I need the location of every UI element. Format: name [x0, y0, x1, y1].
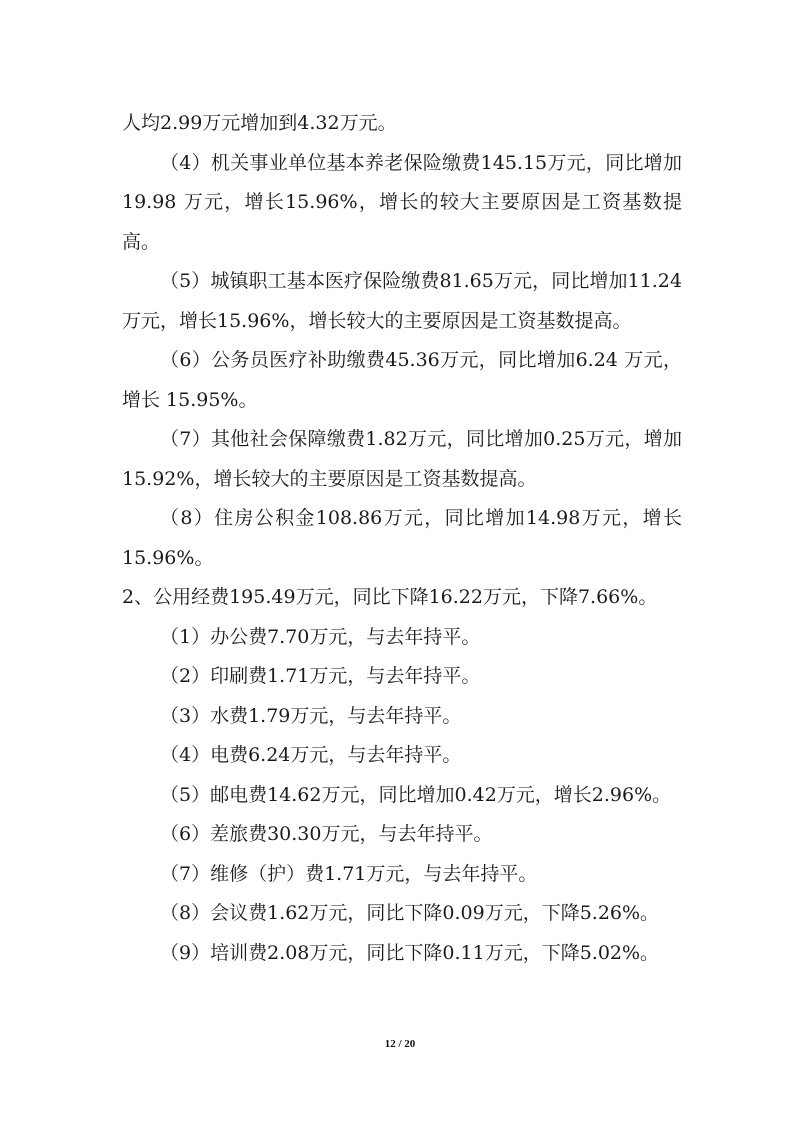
paragraph-other-social-security: （7）其他社会保障缴费1.82万元，同比增加0.25万元，增加15.92%，增长… [122, 420, 682, 499]
heading-public-expenses: 2、公用经费195.49万元，同比下降16.22万元，下降7.66%。 [122, 578, 682, 618]
page-number: 12 / 20 [0, 1038, 800, 1050]
paragraph-pension-insurance: （4）机关事业单位基本养老保险缴费145.15万元，同比增加19.98 万元，增… [122, 144, 682, 263]
item-electricity-expenses: （4）电费6.24万元，与去年持平。 [122, 736, 682, 776]
paragraph-per-capita: 人均2.99万元增加到4.32万元。 [122, 104, 682, 144]
paragraph-medical-insurance: （5）城镇职工基本医疗保险缴费81.65万元，同比增加11.24万元，增长15.… [122, 262, 682, 341]
item-printing-expenses: （2）印刷费1.71万元，与去年持平。 [122, 657, 682, 697]
item-postal-telecom-expenses: （5）邮电费14.62万元，同比增加0.42万元，增长2.96%。 [122, 776, 682, 816]
paragraph-civil-servant-medical: （6）公务员医疗补助缴费45.36万元，同比增加6.24 万元，增长 15.95… [122, 341, 682, 420]
document-body: 人均2.99万元增加到4.32万元。 （4）机关事业单位基本养老保险缴费145.… [122, 104, 682, 973]
item-maintenance-expenses: （7）维修（护）费1.71万元，与去年持平。 [122, 855, 682, 895]
paragraph-housing-fund: （8）住房公积金108.86万元，同比增加14.98万元，增长 15.96%。 [122, 499, 682, 578]
item-water-expenses: （3）水费1.79万元，与去年持平。 [122, 697, 682, 737]
item-travel-expenses: （6）差旅费30.30万元，与去年持平。 [122, 815, 682, 855]
item-meeting-expenses: （8）会议费1.62万元，同比下降0.09万元，下降5.26%。 [122, 894, 682, 934]
item-training-expenses: （9）培训费2.08万元，同比下降0.11万元，下降5.02%。 [122, 934, 682, 974]
item-office-expenses: （1）办公费7.70万元，与去年持平。 [122, 618, 682, 658]
document-page: 人均2.99万元增加到4.32万元。 （4）机关事业单位基本养老保险缴费145.… [0, 0, 800, 1131]
